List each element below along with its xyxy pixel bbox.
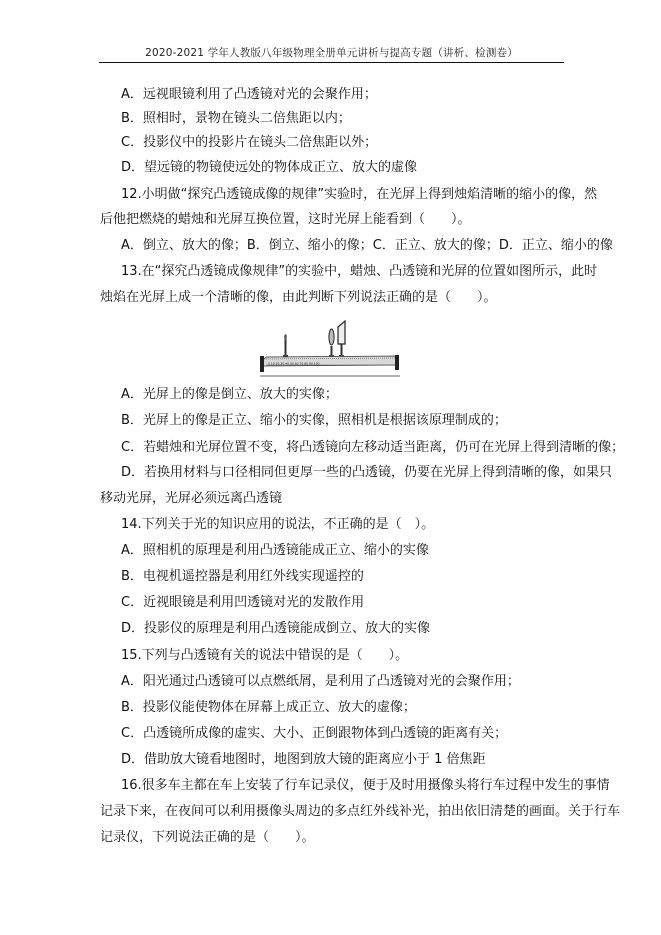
q11-option-d: D．望远镜的物镜使远处的物体成正立、放大的虚像 — [121, 159, 417, 177]
q15-option-c: C．凸透镜所成像的虚实、大小、正倒跟物体到凸透镜的距离有关； — [121, 725, 507, 743]
optical-bench-illustration: 0 10 20 30 40 50 60 70 80 90 100 — [260, 318, 400, 378]
page-header: 2020-2021 学年人教版八年级物理全册单元讲析与提高专题（讲析、检测卷） — [99, 44, 564, 62]
q13-option-d-line-1: D．若换用材料与口径相同但更厚一些的凸透镜，仍要在光屏上得到清晰的像，如果只 — [121, 464, 612, 482]
q13-stem-line-1: 13.在“探究凸透镜成像规律”的实验中，蜡烛、凸透镜和光屏的位置如图所示，此时 — [121, 263, 597, 281]
q14-option-a: A．照相机的原理是利用凸透镜能成正立、缩小的实像 — [121, 542, 429, 560]
q15-stem: 15.下列与凸透镜有关的说法中错误的是（ ）。 — [121, 647, 408, 665]
q11-option-c: C．投影仪中的投影片在镜头二倍焦距以外； — [121, 134, 377, 152]
q13-option-c: C．若蜡烛和光屏位置不变，将凸透镜向左移动适当距离，仍可在光屏上得到清晰的像； — [121, 439, 624, 457]
optical-bench-figure: 0 10 20 30 40 50 60 70 80 90 100 — [260, 318, 400, 378]
candle-icon — [283, 334, 288, 358]
q13-stem-line-2: 烛焰在光屏上成一个清晰的像，由此判断下列说法正确的是（ ）。 — [100, 289, 497, 307]
q12-stem-line-2: 后他把燃烧的蜡烛和光屏互换位置，这时光屏上能看到（ ）。 — [100, 211, 471, 229]
light-screen-icon — [338, 321, 345, 358]
q16-stem-line-2: 记录下来，在夜间可以利用摄像头周边的多点红外线补光，拍出依旧清楚的画面。关于行车 — [100, 803, 620, 821]
header-rule — [99, 62, 564, 63]
convex-lens-icon — [329, 329, 334, 358]
q15-option-b: B．投影仪能使物体在屏幕上成正立、放大的虚像； — [121, 699, 416, 717]
q15-option-a: A．阳光通过凸透镜可以点燃纸屑，是利用了凸透镜对光的会聚作用； — [121, 673, 520, 691]
svg-text:0 10 20 30 40 50 60 70: 0 10 20 30 40 50 60 70 80 90 100 — [268, 362, 320, 366]
q11-option-b: B．照相时，景物在镜头二倍焦距以内； — [121, 110, 351, 128]
q16-stem-line-3: 记录仪，下列说法正确的是（ ）。 — [100, 829, 315, 847]
q12-stem-line-1: 12.小明做“探究凸透镜成像的规律”实验时，在光屏上得到烛焰清晰的缩小的像，然 — [121, 186, 597, 204]
q14-option-c: C．近视眼镜是利用凹透镜对光的发散作用 — [121, 594, 364, 612]
q13-option-a: A．光屏上的像是倒立、放大的实像； — [121, 386, 338, 404]
q13-option-b: B．光屏上的像是正立、缩小的实像，照相机是根据该原理制成的； — [121, 412, 507, 430]
q16-stem-line-1: 16.很多车主都在车上安装了行车记录仪，便于及时用摄像头将行车过程中发生的事情 — [121, 777, 610, 795]
q13-option-d-line-2: 移动光屏，光屏必须远离凸透镜 — [100, 490, 282, 508]
q11-option-a: A．远视眼镜利用了凸透镜对光的会聚作用； — [121, 86, 377, 104]
q15-option-d: D．借助放大镜看地图时，地图到放大镜的距离应小于 1 倍焦距 — [121, 751, 486, 769]
q14-stem: 14.下列关于光的知识应用的说法，不正确的是（ ）。 — [121, 516, 434, 534]
ruler-rail: 0 10 20 30 40 50 60 70 80 90 100 — [260, 355, 399, 372]
q14-option-d: D．投影仪的原理是利用凸透镜能成倒立、放大的实像 — [121, 620, 430, 638]
q12-options: A．倒立、放大的像；B．倒立、缩小的像；C．正立、放大的像；D．正立、缩小的像 — [121, 237, 613, 255]
q14-option-b: B．电视机遥控器是利用红外线实现遥控的 — [121, 568, 364, 586]
